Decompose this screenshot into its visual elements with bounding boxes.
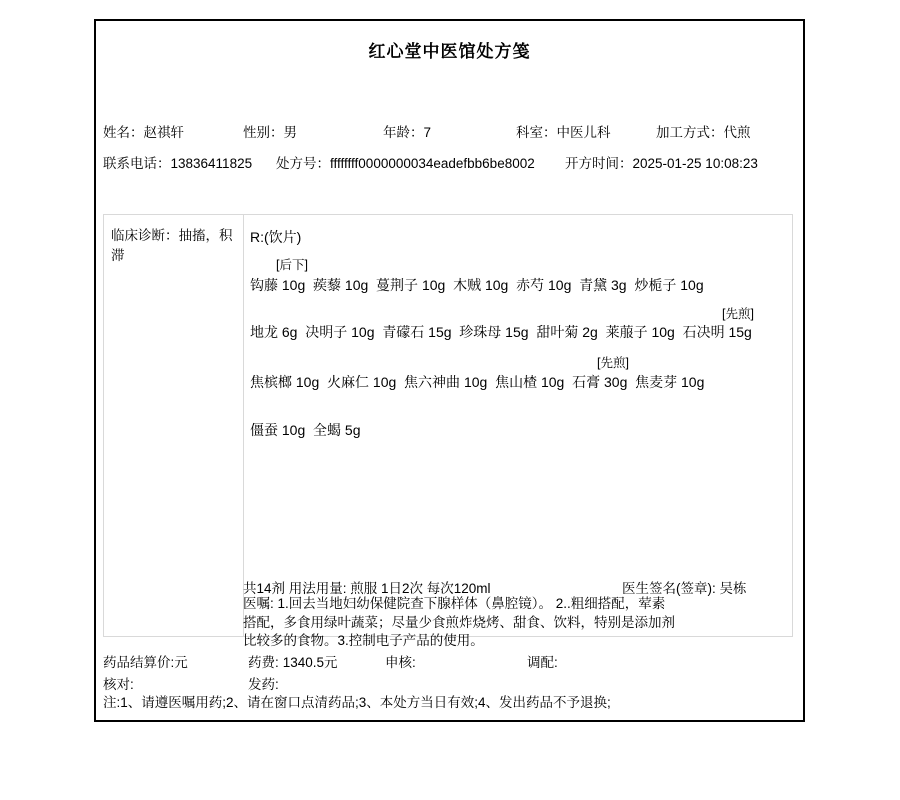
table-column-divider	[243, 214, 244, 637]
field-settlement-price: 药品结算价:元	[103, 651, 188, 671]
doctor-signature: 医生签名(签章): 吴栋	[622, 577, 747, 597]
settlement-price-value: 元	[174, 655, 188, 670]
field-processing-method: 加工方式：代煎	[656, 121, 751, 141]
page-title: 红心堂中医馆处方笺	[94, 37, 805, 62]
field-check: 核对:	[103, 673, 134, 693]
decoction-tag-add-later: [后下]	[276, 255, 308, 273]
field-phone: 联系电话：13836411825	[103, 152, 252, 172]
field-prescription-number: 处方号：ffffffff0000000034eadefbb6be8002	[276, 152, 535, 172]
field-review: 申核:	[385, 651, 416, 671]
clinical-diagnosis: 临床诊断：抽搐，积滞	[111, 226, 239, 266]
prescription-sheet: 红心堂中医馆处方笺 姓名：赵祺轩 性别：男 年龄：7 科室：中医儿科 加工方式：…	[0, 0, 900, 800]
age-value: 7	[424, 125, 432, 140]
field-department: 科室：中医儿科	[516, 121, 611, 141]
field-gender: 性别：男	[243, 121, 297, 141]
department-label: 科室：	[516, 125, 557, 140]
dosage-summary: 共14剂 用法用量: 煎服 1日2次 每次120ml	[243, 577, 491, 597]
field-patient-name: 姓名：赵祺轩	[103, 121, 184, 141]
medicine-fee-value: 1340.5元	[283, 655, 338, 670]
herb-line-3: 焦槟榔 10g 火麻仁 10g 焦六神曲 10g 焦山楂 10g 石膏 30g …	[250, 372, 704, 392]
department-value: 中医儿科	[557, 125, 611, 140]
field-prepare: 调配:	[527, 651, 558, 671]
field-dispense: 发药:	[248, 673, 279, 693]
processing-method-label: 加工方式：	[656, 125, 724, 140]
herb-line-2: 地龙 6g 决明子 10g 青礞石 15g 珍珠母 15g 甜叶菊 2g 莱菔子…	[250, 322, 752, 342]
prescribe-time-label: 开方时间：	[565, 156, 633, 171]
herb-line-1: 钩藤 10g 蒺藜 10g 蔓荆子 10g 木贼 10g 赤芍 10g 青黛 3…	[250, 275, 704, 295]
gender-label: 性别：	[243, 125, 284, 140]
medical-advice: 医嘱: 1.回去当地妇幼保健院查下腺样体（鼻腔镜）。 2..粗细搭配，荤素搭配，…	[243, 595, 675, 651]
field-prescribe-time: 开方时间：2025-01-25 10:08:23	[565, 152, 758, 172]
age-label: 年龄：	[383, 125, 424, 140]
processing-method-value: 代煎	[724, 125, 751, 140]
decoction-tag-decoct-first-1: [先煎]	[722, 304, 754, 322]
footer-note: 注:1、请遵医嘱用药;2、请在窗口点清药品;3、本处方当日有效;4、发出药品不予…	[103, 691, 611, 711]
herb-line-4: 僵蚕 10g 全蝎 5g	[250, 420, 361, 440]
prescribe-time-value: 2025-01-25 10:08:23	[633, 156, 758, 171]
patient-name-value: 赵祺轩	[144, 125, 185, 140]
field-medicine-fee: 药费:1340.5元	[248, 651, 338, 671]
phone-label: 联系电话：	[103, 156, 171, 171]
prescription-number-label: 处方号：	[276, 156, 330, 171]
gender-value: 男	[284, 125, 298, 140]
settlement-price-label: 药品结算价:	[103, 655, 174, 670]
decoction-tag-decoct-first-2: [先煎]	[597, 353, 629, 371]
rx-header: R:(饮片)	[250, 227, 301, 247]
phone-value: 13836411825	[171, 156, 253, 171]
patient-name-label: 姓名：	[103, 125, 144, 140]
field-age: 年龄：7	[383, 121, 431, 141]
prescription-number-value: ffffffff0000000034eadefbb6be8002	[330, 156, 535, 171]
medicine-fee-label: 药费:	[248, 655, 279, 670]
